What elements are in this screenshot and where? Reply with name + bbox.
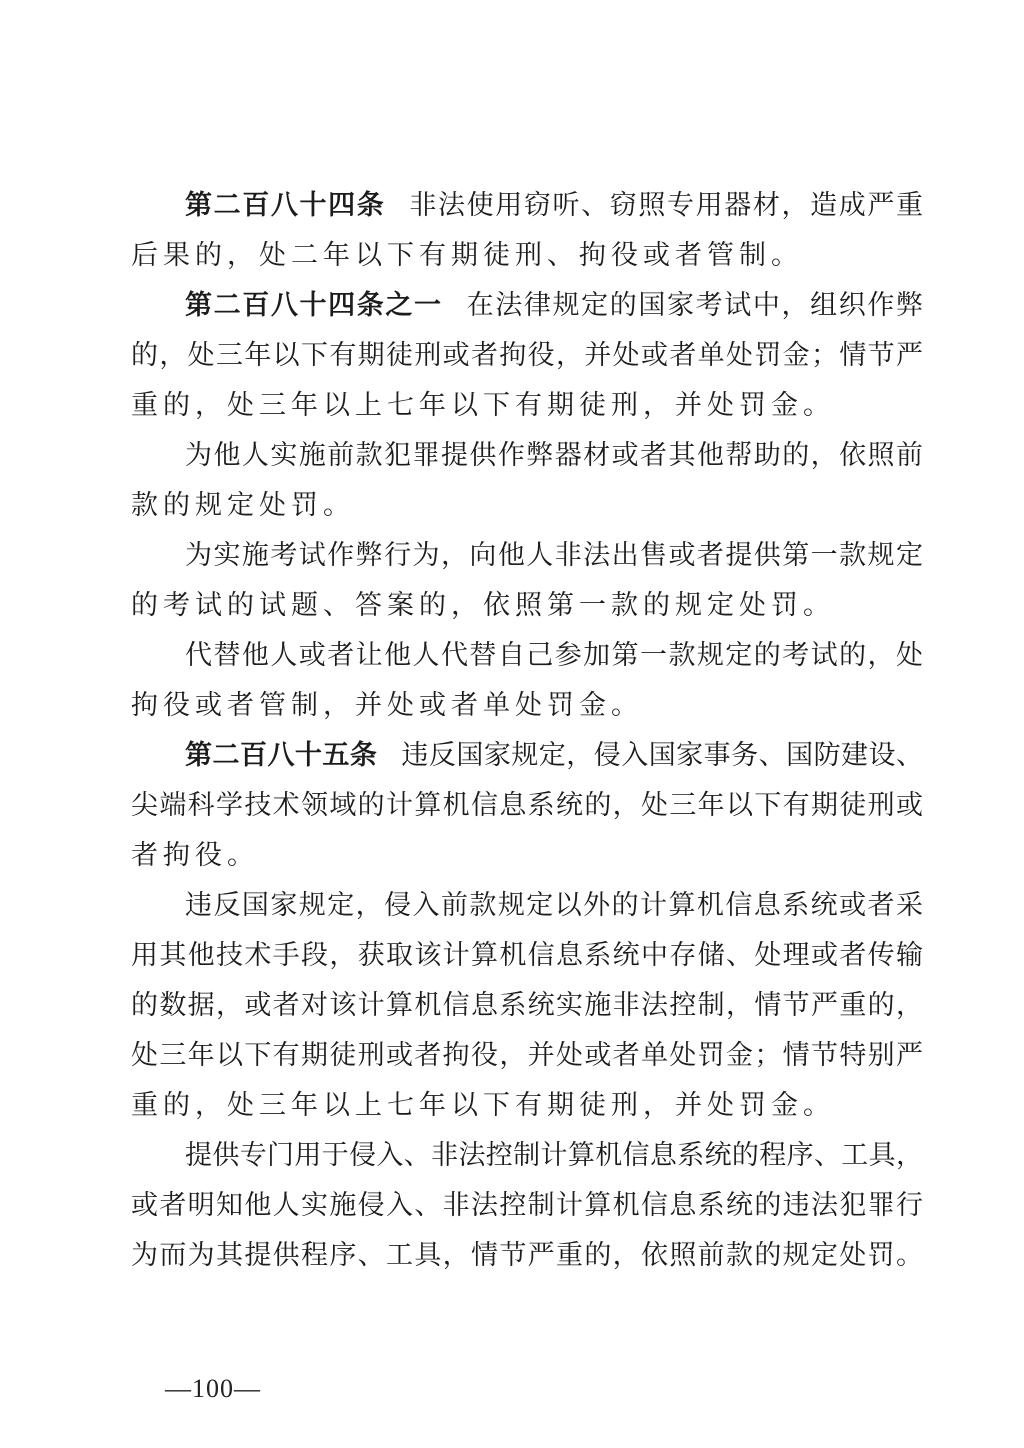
text-line: 代替他人或者让他人代替自己参加第一款规定的考试的，处 [131, 630, 923, 680]
article-number: 第二百八十四条之一 [185, 290, 443, 320]
line-text: 代替他人或者让他人代替自己参加第一款规定的考试的，处 [185, 640, 923, 670]
text-line: 处三年以下有期徒刑或者拘役，并处或者单处罚金；情节特别严 [131, 1030, 923, 1080]
text-line: 第二百八十四条之一在法律规定的国家考试中，组织作弊 [131, 280, 923, 330]
page-number: —100— [165, 1374, 261, 1403]
law-text-block: 第二百八十四条非法使用窃听、窃照专用器材，造成严重后果的，处二年以下有期徒刑、拘… [131, 180, 923, 1280]
text-line: 的考试的试题、答案的，依照第一款的规定处罚。 [131, 580, 923, 630]
line-text: 在法律规定的国家考试中，组织作弊 [467, 290, 923, 320]
text-line: 尖端科学技术领域的计算机信息系统的，处三年以下有期徒刑或 [131, 780, 923, 830]
line-text: 重的，处三年以上七年以下有期徒刑，并处罚金。 [131, 1090, 835, 1120]
text-line: 的数据，或者对该计算机信息系统实施非法控制，情节严重的， [131, 980, 923, 1030]
line-text: 为而为其提供程序、工具，情节严重的，依照前款的规定处罚。 [131, 1240, 923, 1270]
document-page: 第二百八十四条非法使用窃听、窃照专用器材，造成严重后果的，处二年以下有期徒刑、拘… [0, 0, 1024, 1448]
text-line: 重的，处三年以上七年以下有期徒刑，并处罚金。 [131, 380, 923, 430]
line-text: 拘役或者管制，并处或者单处罚金。 [131, 690, 643, 720]
text-line: 的，处三年以下有期徒刑或者拘役，并处或者单处罚金；情节严 [131, 330, 923, 380]
line-text: 违反国家规定，侵入国家事务、国防建设、 [401, 740, 923, 770]
text-line: 为而为其提供程序、工具，情节严重的，依照前款的规定处罚。 [131, 1230, 923, 1280]
line-text: 重的，处三年以上七年以下有期徒刑，并处罚金。 [131, 390, 835, 420]
line-text: 的，处三年以下有期徒刑或者拘役，并处或者单处罚金；情节严 [131, 340, 923, 370]
text-line: 为他人实施前款犯罪提供作弊器材或者其他帮助的，依照前 [131, 430, 923, 480]
text-line: 违反国家规定，侵入前款规定以外的计算机信息系统或者采 [131, 880, 923, 930]
text-line: 用其他技术手段，获取该计算机信息系统中存储、处理或者传输 [131, 930, 923, 980]
line-text: 的考试的试题、答案的，依照第一款的规定处罚。 [131, 590, 835, 620]
line-text: 为实施考试作弊行为，向他人非法出售或者提供第一款规定 [185, 540, 923, 570]
line-text: 后果的，处二年以下有期徒刑、拘役或者管制。 [131, 240, 803, 270]
text-line: 为实施考试作弊行为，向他人非法出售或者提供第一款规定 [131, 530, 923, 580]
text-line: 提供专门用于侵入、非法控制计算机信息系统的程序、工具， [131, 1130, 923, 1180]
line-text: 提供专门用于侵入、非法控制计算机信息系统的程序、工具， [185, 1140, 923, 1170]
text-line: 重的，处三年以上七年以下有期徒刑，并处罚金。 [131, 1080, 923, 1130]
text-line: 拘役或者管制，并处或者单处罚金。 [131, 680, 923, 730]
line-text: 违反国家规定，侵入前款规定以外的计算机信息系统或者采 [185, 890, 923, 920]
text-line: 第二百八十四条非法使用窃听、窃照专用器材，造成严重 [131, 180, 923, 230]
text-line: 后果的，处二年以下有期徒刑、拘役或者管制。 [131, 230, 923, 280]
line-text: 为他人实施前款犯罪提供作弊器材或者其他帮助的，依照前 [185, 440, 923, 470]
line-text: 者拘役。 [131, 840, 259, 870]
line-text: 款的规定处罚。 [131, 490, 355, 520]
text-line: 款的规定处罚。 [131, 480, 923, 530]
text-line: 第二百八十五条违反国家规定，侵入国家事务、国防建设、 [131, 730, 923, 780]
line-text: 处三年以下有期徒刑或者拘役，并处或者单处罚金；情节特别严 [131, 1040, 923, 1070]
line-text: 用其他技术手段，获取该计算机信息系统中存储、处理或者传输 [131, 940, 923, 970]
line-text: 或者明知他人实施侵入、非法控制计算机信息系统的违法犯罪行 [131, 1190, 923, 1220]
line-text: 非法使用窃听、窃照专用器材，造成严重 [409, 190, 923, 220]
text-line: 者拘役。 [131, 830, 923, 880]
article-number: 第二百八十五条 [185, 740, 377, 770]
text-line: 或者明知他人实施侵入、非法控制计算机信息系统的违法犯罪行 [131, 1180, 923, 1230]
line-text: 的数据，或者对该计算机信息系统实施非法控制，情节严重的， [131, 990, 923, 1020]
line-text: 尖端科学技术领域的计算机信息系统的，处三年以下有期徒刑或 [131, 790, 923, 820]
article-number: 第二百八十四条 [185, 190, 385, 220]
page-footer: —100— [165, 1374, 261, 1414]
